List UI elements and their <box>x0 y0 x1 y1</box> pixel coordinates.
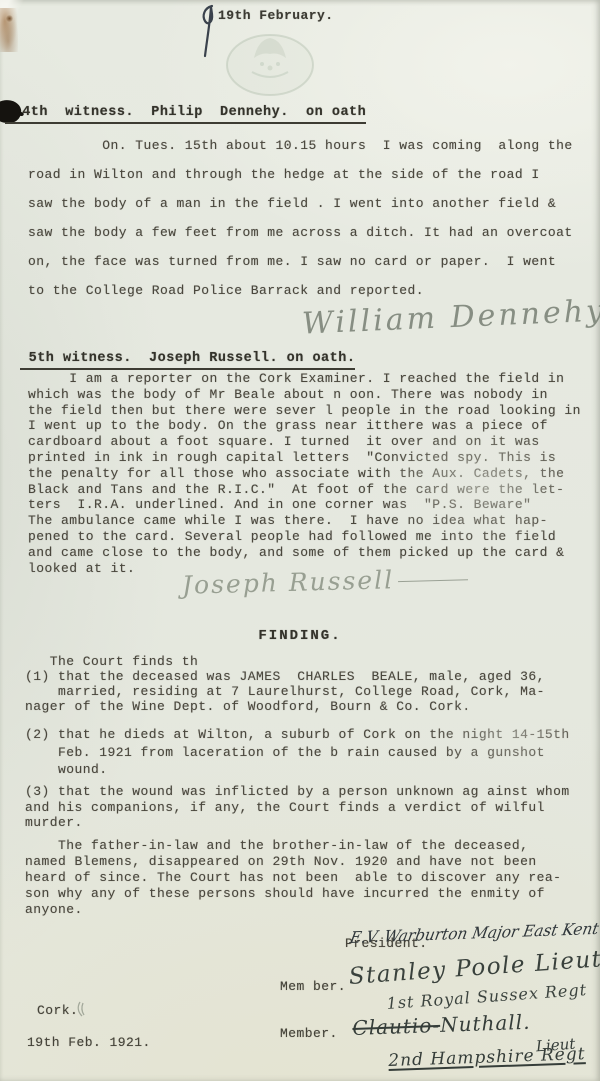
finding-line: (2) that he dieds at Wilton, a suburb of… <box>25 726 570 744</box>
statement-line: cardboard about a foot square. I turned … <box>28 434 581 450</box>
witness5-statement: I am a reporter on the Cork Examiner. I … <box>28 371 581 576</box>
statement-line: ters I.R.A. underlined. And in one corne… <box>28 497 581 513</box>
witness4-heading: 4th witness. Philip Dennehy. on oath <box>5 105 366 124</box>
finding-intro: The Court finds th <box>25 655 545 670</box>
statement-line: On. Tues. 15th about 10.15 hours I was c… <box>28 131 573 160</box>
statement-line: The ambulance came while I was there. I … <box>28 513 581 529</box>
pencil-mark <box>74 1000 88 1018</box>
finding-item-3: (3) that the wound was inflicted by a pe… <box>25 784 570 831</box>
finding-item-2: (2) that he dieds at Wilton, a suburb of… <box>25 726 570 779</box>
finding-line: The father-in-law and the brother-in-law… <box>25 838 561 854</box>
document-page: 19th February. 4th witness. Philip Denne… <box>0 0 600 1081</box>
finding-line: named Blemens, disappeared on 29th Nov. … <box>25 854 561 870</box>
statement-line: road in Wilton and through the hedge at … <box>28 160 573 189</box>
statement-line: Black and Tans and the R.I.C." At foot o… <box>28 482 581 498</box>
member2-signature-name: Nuthall. <box>440 1010 531 1037</box>
paper-stain <box>6 15 13 22</box>
finding-closing-paragraph: The father-in-law and the brother-in-law… <box>25 838 561 918</box>
statement-line: I went up to the body. On the grass near… <box>28 418 581 434</box>
place-label: Cork. <box>37 1003 78 1018</box>
finding-heading: FINDING. <box>0 628 600 644</box>
finding-item-1: The Court finds th (1) that the deceased… <box>25 655 545 715</box>
member1-label: Mem ber. <box>280 979 346 994</box>
statement-line: saw the body a few feet from me across a… <box>28 218 573 247</box>
statement-line: and came close to the body, and some of … <box>28 545 581 561</box>
statement-line: I am a reporter on the Cork Examiner. I … <box>28 371 581 387</box>
finding-line: anyone. <box>25 902 561 918</box>
embossed-royal-seal <box>224 28 316 98</box>
witness5-heading: 5th witness. Joseph Russell. on oath. <box>20 351 355 370</box>
statement-line: printed in ink in rough capital letters … <box>28 450 581 466</box>
statement-line: the penalty for all those who associate … <box>28 466 581 482</box>
member2-signature-regiment: 2nd Hampshire Regt <box>388 1044 586 1071</box>
statement-line: on, the face was turned from me. I saw n… <box>28 247 573 276</box>
date-header: 19th February. <box>218 8 334 23</box>
finding-line: and his companions, if any, the Court fi… <box>25 800 570 816</box>
member2-label: Member. <box>280 1026 338 1041</box>
member2-signature: Clautio-Nuthall. <box>352 1010 531 1040</box>
statement-line: pened to the card. Several people had fo… <box>28 529 581 545</box>
statement-line: which was the body of Mr Beale about n o… <box>28 387 581 403</box>
finding-line: married, residing at 7 Laurelhurst, Coll… <box>25 685 545 700</box>
finding-line: heard of since. The Court has not been a… <box>25 870 561 886</box>
president-signature: E.V. Warburton Major East Kent <box>349 919 600 947</box>
witness4-heading-row: 4th witness. Philip Dennehy. on oath <box>5 105 366 124</box>
russell-signature: Joseph Russell <box>182 563 469 599</box>
witness5-heading-row: 5th witness. Joseph Russell. on oath. <box>20 351 355 370</box>
date-label: 19th Feb. 1921. <box>27 1035 151 1050</box>
finding-line: Feb. 1921 from laceration of the b rain … <box>25 744 570 762</box>
statement-line: saw the body of a man in the field . I w… <box>28 189 573 218</box>
finding-line: son why any of these persons should have… <box>25 886 561 902</box>
witness4-statement: On. Tues. 15th about 10.15 hours I was c… <box>28 131 573 305</box>
handwritten-nine-annotation <box>196 2 222 60</box>
finding-line: murder. <box>25 815 570 831</box>
finding-line: (3) that the wound was inflicted by a pe… <box>25 784 570 800</box>
finding-line: nager of the Wine Dept. of Woodford, Bou… <box>25 700 545 715</box>
statement-line: the field then but there were sever l pe… <box>28 403 581 419</box>
finding-line: (1) that the deceased was JAMES CHARLES … <box>25 670 545 685</box>
member2-signature-struck: Clautio- <box>352 1013 441 1040</box>
finding-line: wound. <box>25 761 570 779</box>
